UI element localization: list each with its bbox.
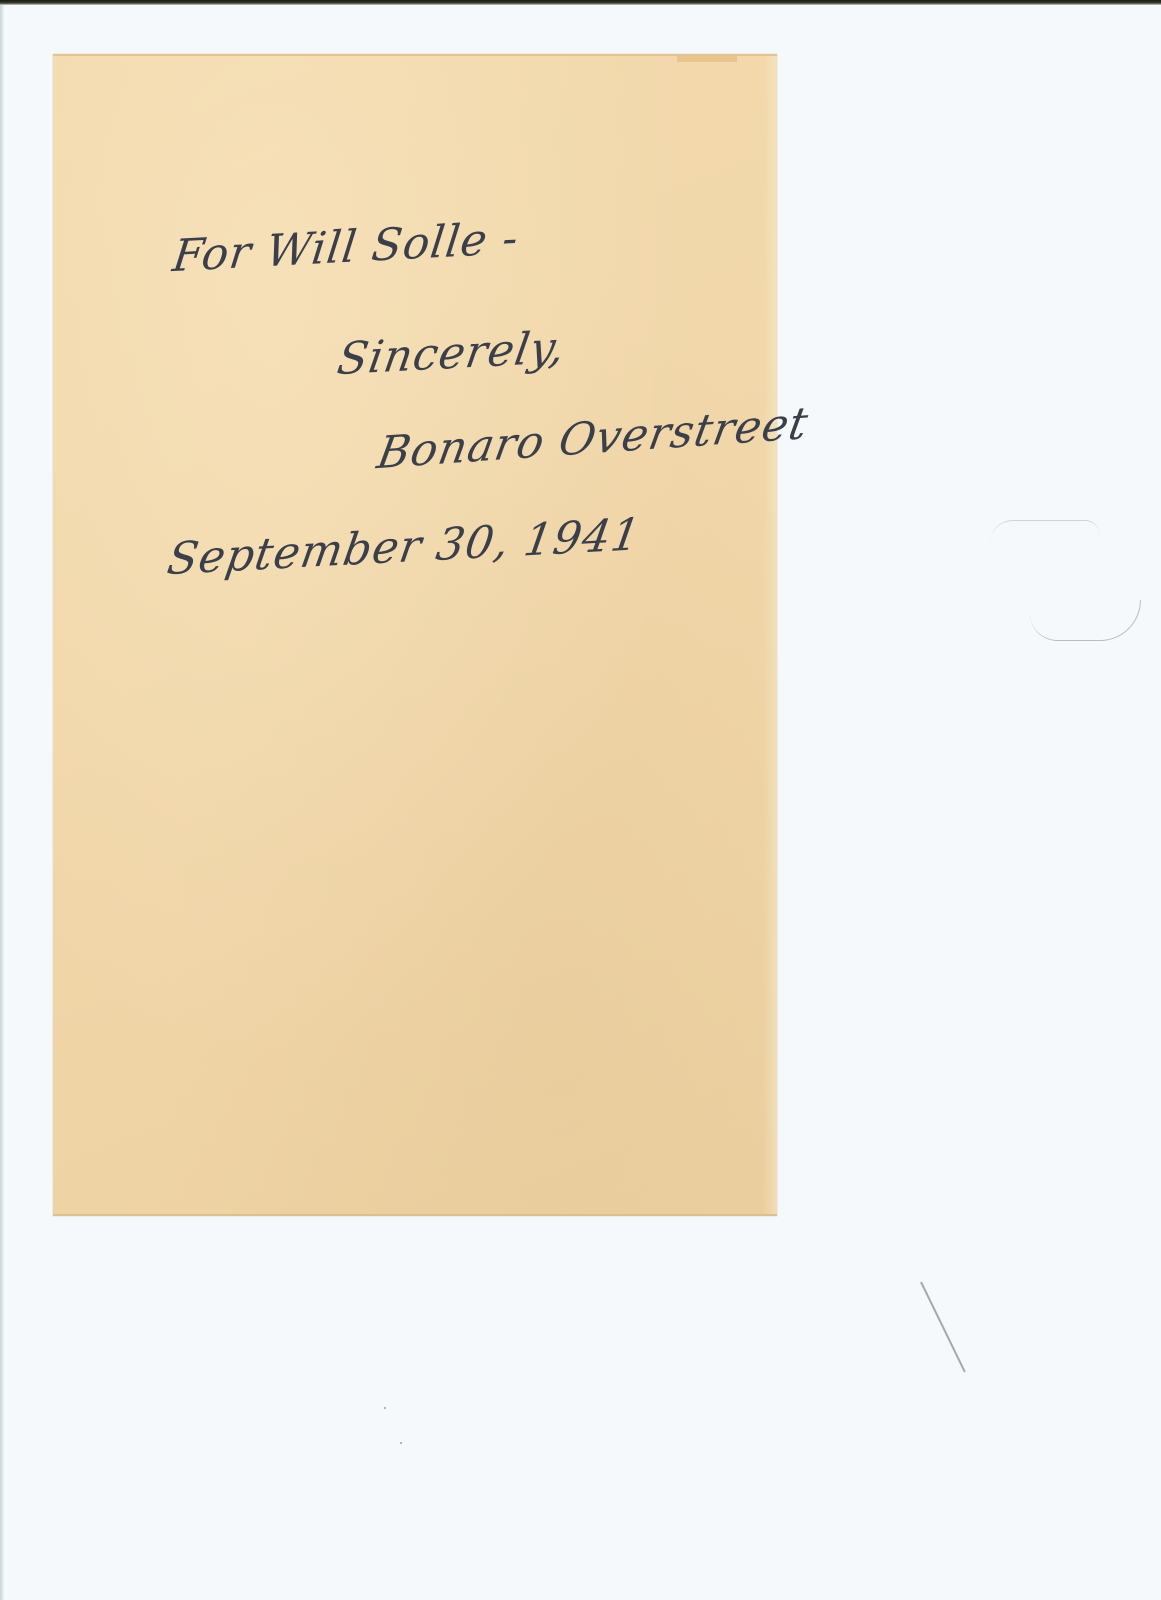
stray-fiber-curl	[1030, 600, 1141, 641]
scanner-edge-left	[0, 5, 4, 1600]
stray-hair-line	[920, 1282, 966, 1373]
dust-speck	[384, 1407, 386, 1409]
scanner-edge-top	[0, 0, 1161, 5]
stray-fiber-mark	[990, 520, 1100, 543]
dust-speck	[400, 1442, 402, 1444]
dedication-line: For Will Solle -	[170, 213, 522, 283]
date-line: September 30, 1941	[164, 509, 644, 585]
closing-line: Sincerely,	[334, 322, 569, 385]
signature: Bonaro Overstreet	[373, 398, 812, 480]
autograph-paper-sheet: For Will Solle - Sincerely, Bonaro Overs…	[53, 54, 777, 1216]
